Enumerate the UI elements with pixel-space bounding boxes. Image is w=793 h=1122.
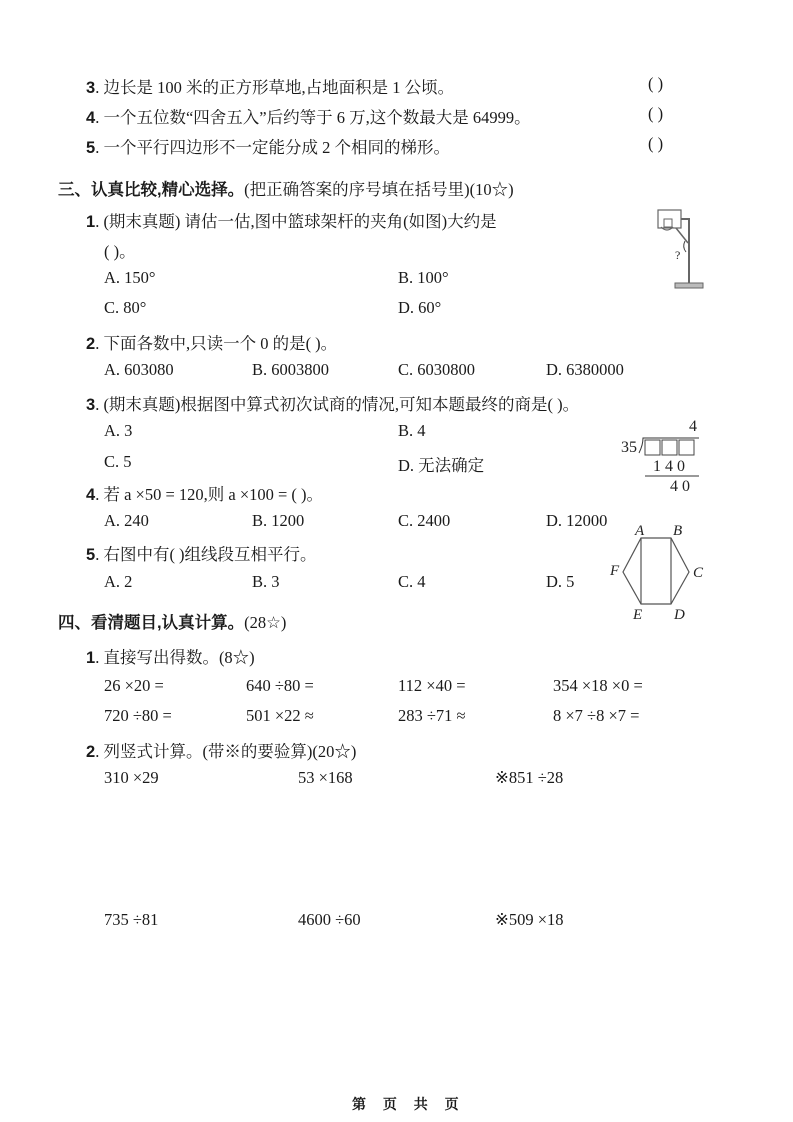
answer-blank[interactable]: ( )	[648, 104, 663, 124]
question-3-1: 1. (期末真题) 请估一估,图中篮球架杆的夹角(如图)大约是	[86, 208, 497, 232]
option-d[interactable]: D. 6380000	[546, 360, 624, 380]
option-b[interactable]: B. 6003800	[252, 360, 329, 380]
question-number: 1	[86, 213, 95, 231]
option-a[interactable]: A. 150°	[104, 268, 156, 288]
option-a[interactable]: A. 603080	[104, 360, 174, 380]
oral-calc-item[interactable]: 26 ×20 =	[104, 676, 164, 696]
oral-calc-item[interactable]: 720 ÷80 =	[104, 706, 172, 726]
option-c[interactable]: C. 80°	[104, 298, 146, 318]
oral-calc-item[interactable]: 640 ÷80 =	[246, 676, 314, 696]
question-text: . 直接写出得数。(8☆)	[95, 648, 255, 667]
vertical-calc-item[interactable]: ※851 ÷28	[495, 768, 563, 788]
question-number: 5	[86, 546, 95, 564]
question-3-5: 5. 右图中有( )组线段互相平行。	[86, 541, 317, 565]
question-4-2: 2. 列竖式计算。(带※的要验算)(20☆)	[86, 738, 356, 762]
vertical-calc-item[interactable]: 310 ×29	[104, 768, 159, 788]
option-d[interactable]: D. 60°	[398, 298, 441, 318]
vertical-calc-item[interactable]: 735 ÷81	[104, 910, 158, 930]
option-c[interactable]: C. 4	[398, 572, 426, 592]
item-number: 5	[86, 139, 95, 157]
remainder: 4 0	[670, 478, 690, 495]
vertex-label-c: C	[693, 565, 704, 581]
vertical-calc-item[interactable]: ※509 ×18	[495, 910, 564, 930]
answer-blank[interactable]: ( )。	[104, 238, 136, 262]
question-number: 2	[86, 335, 95, 353]
basketball-hoop-figure: ?	[655, 205, 715, 300]
section-note: (28☆)	[244, 613, 286, 632]
option-d[interactable]: D. 无法确定	[398, 452, 484, 476]
section-title: 三、认真比较,精心选择。	[58, 181, 244, 199]
option-d[interactable]: D. 12000	[546, 511, 607, 531]
option-c[interactable]: C. 2400	[398, 511, 450, 531]
option-b[interactable]: B. 4	[398, 421, 426, 441]
option-d[interactable]: D. 5	[546, 572, 574, 592]
option-a[interactable]: A. 240	[104, 511, 149, 531]
option-a[interactable]: A. 3	[104, 421, 132, 441]
item-text: . 一个五位数“四舍五入”后约等于 6 万,这个数最大是 64999。	[95, 108, 530, 127]
answer-blank[interactable]: ( )	[648, 74, 663, 94]
item-text: . 边长是 100 米的正方形草地,占地面积是 1 公顷。	[95, 78, 454, 97]
question-3-3: 3. (期末真题)根据图中算式初次试商的情况,可知本题最终的商是( )。	[86, 391, 579, 415]
angle-question-label: ?	[675, 248, 680, 262]
answer-blank[interactable]: ( )	[648, 134, 663, 154]
vertex-label-e: E	[632, 607, 642, 623]
long-division-figure: 4 35 1 4 0 4 0	[615, 415, 705, 495]
question-3-4: 4. 若 a ×50 = 120,则 a ×100 = ( )。	[86, 481, 323, 505]
oral-calc-item[interactable]: 283 ÷71 ≈	[398, 706, 466, 726]
option-b[interactable]: B. 100°	[398, 268, 449, 288]
question-3-2: 2. 下面各数中,只读一个 0 的是( )。	[86, 330, 337, 354]
hexagon-figure: A B C D E F	[605, 520, 715, 620]
divisor: 35	[621, 439, 637, 456]
item-number: 3	[86, 79, 95, 97]
question-text: . 右图中有( )组线段互相平行。	[95, 545, 316, 564]
vertex-label-b: B	[673, 523, 682, 539]
vertex-label-f: F	[609, 563, 620, 579]
question-text: . (期末真题) 请估一估,图中篮球架杆的夹角(如图)大约是	[95, 212, 496, 231]
oral-calc-item[interactable]: 8 ×7 ÷8 ×7 =	[553, 706, 639, 726]
question-4-1: 1. 直接写出得数。(8☆)	[86, 644, 255, 668]
option-b[interactable]: B. 1200	[252, 511, 304, 531]
oral-calc-item[interactable]: 501 ×22 ≈	[246, 706, 314, 726]
option-c[interactable]: C. 5	[104, 452, 132, 472]
vertical-calc-item[interactable]: 4600 ÷60	[298, 910, 361, 930]
option-a[interactable]: A. 2	[104, 572, 132, 592]
partial-product: 1 4 0	[653, 458, 685, 475]
item-text: . 一个平行四边形不一定能分成 2 个相同的梯形。	[95, 138, 450, 157]
vertex-label-d: D	[673, 607, 685, 623]
section-title: 四、看清题目,认真计算。	[58, 614, 244, 632]
item-number: 4	[86, 109, 95, 127]
option-b[interactable]: B. 3	[252, 572, 280, 592]
question-number: 4	[86, 486, 95, 504]
quotient-digit: 4	[689, 418, 697, 435]
judgment-item-3: 3. 边长是 100 米的正方形草地,占地面积是 1 公顷。	[86, 74, 454, 98]
question-text: . 若 a ×50 = 120,则 a ×100 = ( )。	[95, 485, 323, 504]
judgment-item-5: 5. 一个平行四边形不一定能分成 2 个相同的梯形。	[86, 134, 450, 158]
vertical-calc-item[interactable]: 53 ×168	[298, 768, 353, 788]
option-c[interactable]: C. 6030800	[398, 360, 475, 380]
question-text: . 下面各数中,只读一个 0 的是( )。	[95, 334, 337, 353]
section-note: (把正确答案的序号填在括号里)(10☆)	[244, 180, 513, 199]
question-number: 3	[86, 396, 95, 414]
section-3-heading: 三、认真比较,精心选择。(把正确答案的序号填在括号里)(10☆)	[58, 176, 514, 200]
page-footer: 第 页 共 页	[352, 1094, 465, 1114]
section-4-heading: 四、看清题目,认真计算。(28☆)	[58, 609, 286, 633]
question-text: . 列竖式计算。(带※的要验算)(20☆)	[95, 742, 356, 761]
oral-calc-item[interactable]: 112 ×40 =	[398, 676, 466, 696]
judgment-item-4: 4. 一个五位数“四舍五入”后约等于 6 万,这个数最大是 64999。	[86, 104, 531, 128]
question-number: 1	[86, 649, 95, 667]
oral-calc-item[interactable]: 354 ×18 ×0 =	[553, 676, 643, 696]
question-text: . (期末真题)根据图中算式初次试商的情况,可知本题最终的商是( )。	[95, 395, 579, 414]
vertex-label-a: A	[634, 523, 645, 539]
question-number: 2	[86, 743, 95, 761]
